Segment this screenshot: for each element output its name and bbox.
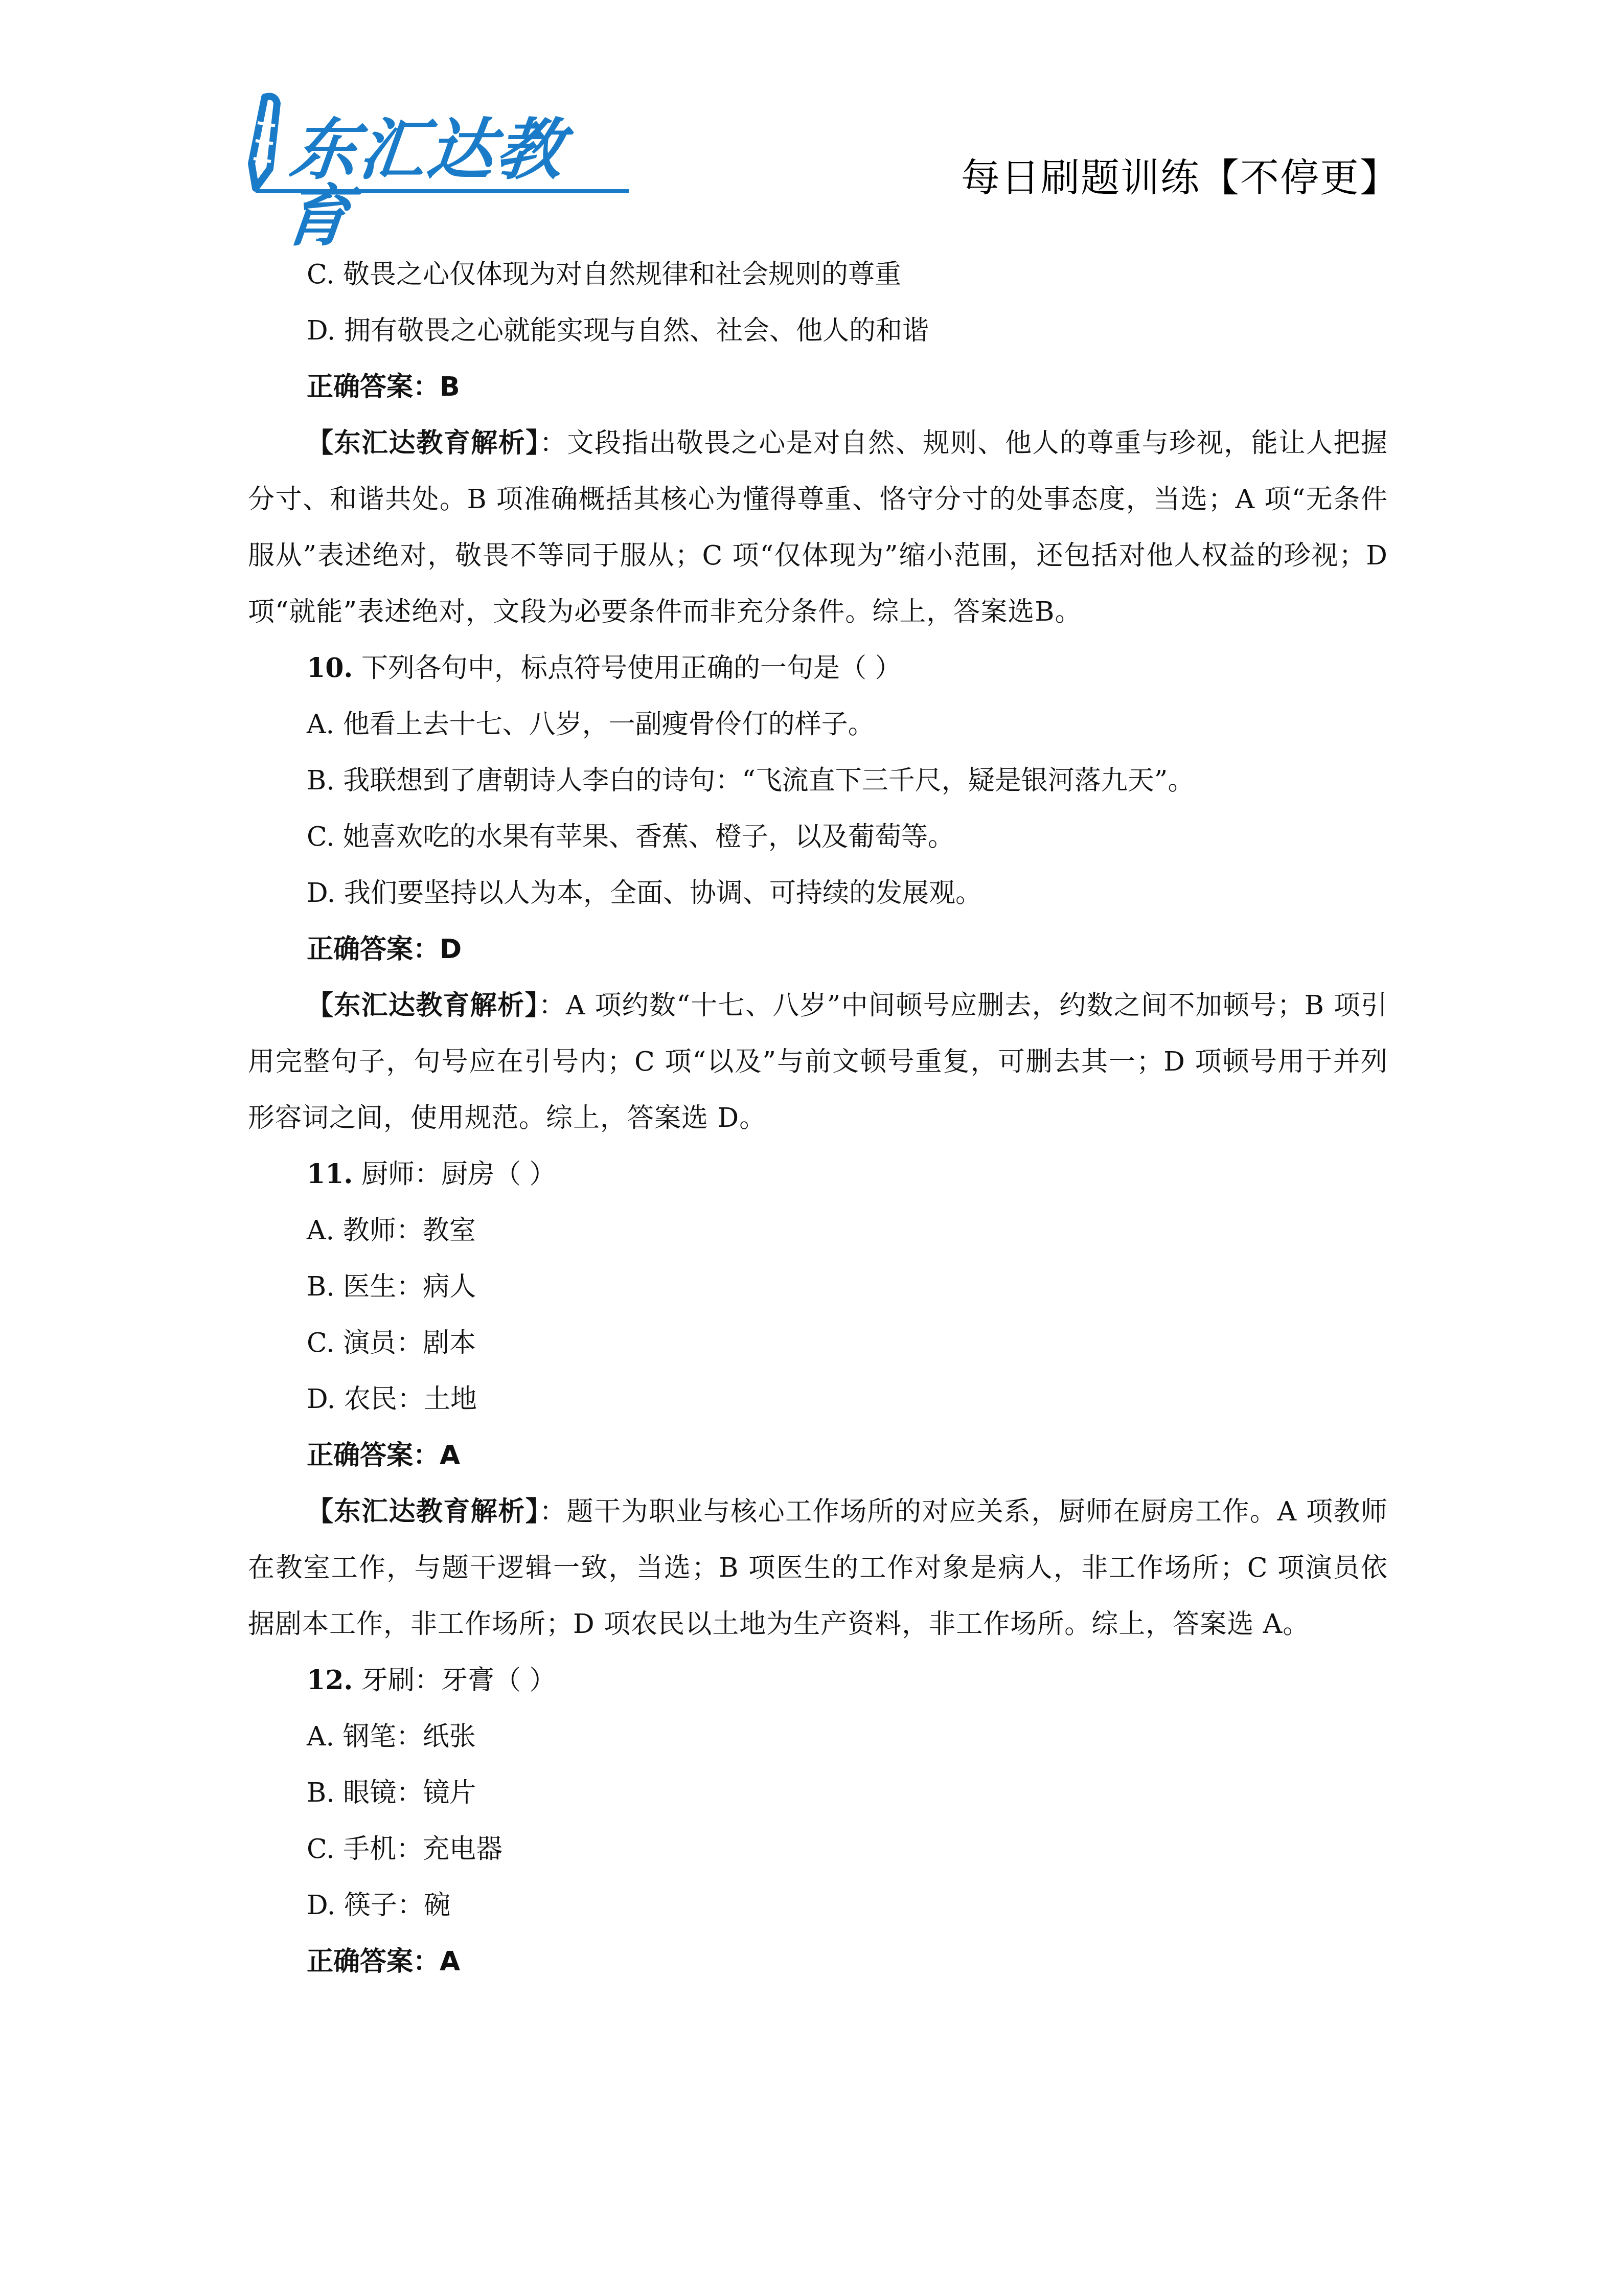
page-header-title: 每日刷题训练【不停更】 [961,158,1400,197]
question-11-stem: 11. 厨师：厨房（ ） [248,1146,1388,1202]
q10-option-b: B. 我联想到了唐朝诗人李白的诗句：“飞流直下三千尺，疑是银河落九天”。 [248,753,1388,809]
q10-option-c: C. 她喜欢吃的水果有苹果、香蕉、橙子，以及葡萄等。 [248,809,1388,865]
option-label: C. [307,259,334,290]
option-text: 演员：剧本 [343,1328,476,1358]
q10-option-d: D. 我们要坚持以人为本，全面、协调、可持续的发展观。 [248,865,1388,921]
option-text: 拥有敬畏之心就能实现与自然、社会、他人的和谐 [344,315,929,346]
answer-label: 正确答案： [307,1440,440,1471]
option-label: B. [307,765,335,796]
q10-answer: 正确答案：D [248,921,1388,977]
analysis-label: 【东汇达教育解析】 [307,990,539,1021]
q9-option-c: C. 敬畏之心仅体现为对自然规律和社会规则的尊重 [248,246,1388,303]
question-12-stem: 12. 牙刷：牙膏（ ） [248,1652,1388,1709]
logo-text: 东汇达教育 [280,117,635,249]
answer-value: B [440,372,460,402]
q11-option-b: B. 医生：病人 [248,1259,1388,1315]
option-label: C. [307,822,334,852]
option-label: A. [307,1215,334,1246]
option-label: D. [307,878,335,908]
option-label: D. [307,315,335,346]
option-text: 她喜欢吃的水果有苹果、香蕉、橙子，以及葡萄等。 [343,822,954,852]
answer-label: 正确答案： [307,372,440,402]
option-text: 钢笔：纸张 [343,1721,476,1752]
q9-answer: 正确答案：B [248,359,1388,415]
analysis-label: 【东汇达教育解析】 [307,428,540,459]
option-text: 医生：病人 [343,1271,476,1302]
question-stem: 厨师：厨房（ ） [361,1159,556,1190]
q12-option-c: C. 手机：充电器 [248,1821,1388,1877]
option-label: A. [307,709,334,740]
analysis-label: 【东汇达教育解析】 [307,1496,539,1527]
option-label: D. [307,1890,335,1921]
option-text: 我联想到了唐朝诗人李白的诗句：“飞流直下三千尺，疑是银河落九天”。 [343,765,1194,796]
question-number: 12. [307,1665,353,1696]
q12-answer: 正确答案：A [248,1934,1388,1990]
question-number: 11. [307,1158,353,1190]
q12-option-a: A. 钢笔：纸张 [248,1709,1388,1765]
answer-value: A [440,1946,460,1977]
option-label: B. [307,1271,335,1302]
option-label: A. [307,1721,334,1752]
pencil-icon [245,92,286,194]
brand-logo: 东汇达教育 [245,92,629,194]
logo-underline [256,189,629,193]
q10-analysis: 【东汇达教育解析】：A 项约数“十七、八岁”中间顿号应删去，约数之间不加顿号；B… [248,977,1388,1146]
q10-option-a: A. 他看上去十七、八岁，一副瘦骨伶仃的样子。 [248,696,1388,753]
option-text: 敬畏之心仅体现为对自然规律和社会规则的尊重 [343,259,901,290]
question-stem: 下列各句中，标点符号使用正确的一句是（ ） [361,653,902,684]
answer-value: A [440,1440,460,1471]
option-text: 手机：充电器 [343,1834,502,1865]
answer-label: 正确答案： [307,934,440,965]
q11-option-d: D. 农民：土地 [248,1371,1388,1427]
question-number: 10. [307,652,353,684]
q12-option-b: B. 眼镜：镜片 [248,1765,1388,1821]
question-stem: 牙刷：牙膏（ ） [361,1665,556,1696]
option-label: C. [307,1328,334,1358]
option-text: 农民：土地 [344,1384,477,1415]
option-label: C. [307,1834,334,1865]
option-label: D. [307,1384,335,1415]
option-label: B. [307,1778,335,1808]
question-10-stem: 10. 下列各句中，标点符号使用正确的一句是（ ） [248,640,1388,696]
option-text: 眼镜：镜片 [343,1778,476,1808]
option-text: 教师：教室 [343,1215,476,1246]
answer-label: 正确答案： [307,1946,440,1977]
q11-answer: 正确答案：A [248,1427,1388,1484]
option-text: 筷子：碗 [344,1890,450,1921]
q12-option-d: D. 筷子：碗 [248,1877,1388,1934]
q11-option-a: A. 教师：教室 [248,1202,1388,1259]
q9-analysis: 【东汇达教育解析】：文段指出敬畏之心是对自然、规则、他人的尊重与珍视，能让人把握… [248,415,1388,640]
option-text: 我们要坚持以人为本，全面、协调、可持续的发展观。 [344,878,982,908]
document-body: C. 敬畏之心仅体现为对自然规律和社会规则的尊重 D. 拥有敬畏之心就能实现与自… [248,246,1388,1990]
option-text: 他看上去十七、八岁，一副瘦骨伶仃的样子。 [343,709,875,740]
q11-analysis: 【东汇达教育解析】：题干为职业与核心工作场所的对应关系，厨师在厨房工作。A 项教… [248,1484,1388,1652]
q9-option-d: D. 拥有敬畏之心就能实现与自然、社会、他人的和谐 [248,303,1388,359]
answer-value: D [440,934,462,965]
q11-option-c: C. 演员：剧本 [248,1315,1388,1371]
